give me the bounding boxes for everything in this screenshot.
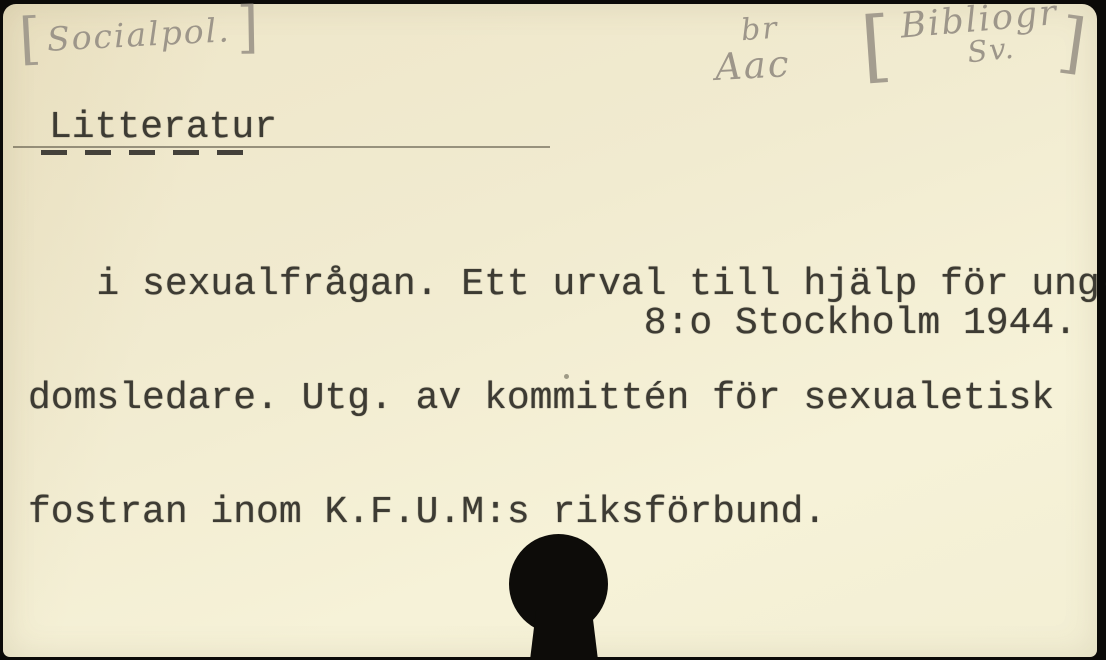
category-note-stack: Bibliogr Sv. — [900, 0, 1060, 69]
bracket-close: ] — [236, 0, 261, 56]
bracket-open: [ — [858, 2, 896, 90]
heading-rule — [13, 146, 550, 148]
card-imprint: 8:o Stockholm 1944. — [644, 305, 1077, 343]
paper-speck — [564, 374, 569, 379]
scanned-card-stage: [ Socialpol. ] br Aac [ Bibliogr Sv. ] L… — [0, 0, 1106, 660]
bracket-close: ] — [1055, 5, 1093, 82]
classification-text: Socialpol. — [46, 10, 232, 59]
handwritten-shelf-code-line2: Aac — [714, 42, 792, 89]
bracket-open: [ — [18, 11, 45, 68]
body-line: i sexualfrågan. Ett urval till hjälp för… — [28, 266, 1106, 304]
body-line: fostran inom K.F.U.M:s riksförbund. — [28, 494, 1106, 532]
body-line: domsledare. Utg. av kommittén för sexual… — [28, 380, 1106, 418]
punch-hole-stem — [530, 610, 598, 660]
card-heading: Litteratur — [49, 108, 277, 148]
handwritten-category-note: [ Bibliogr Sv. ] — [860, 0, 1091, 90]
handwritten-classification: [ Socialpol. ] — [18, 0, 262, 68]
heading-dashed-underline — [41, 150, 259, 155]
